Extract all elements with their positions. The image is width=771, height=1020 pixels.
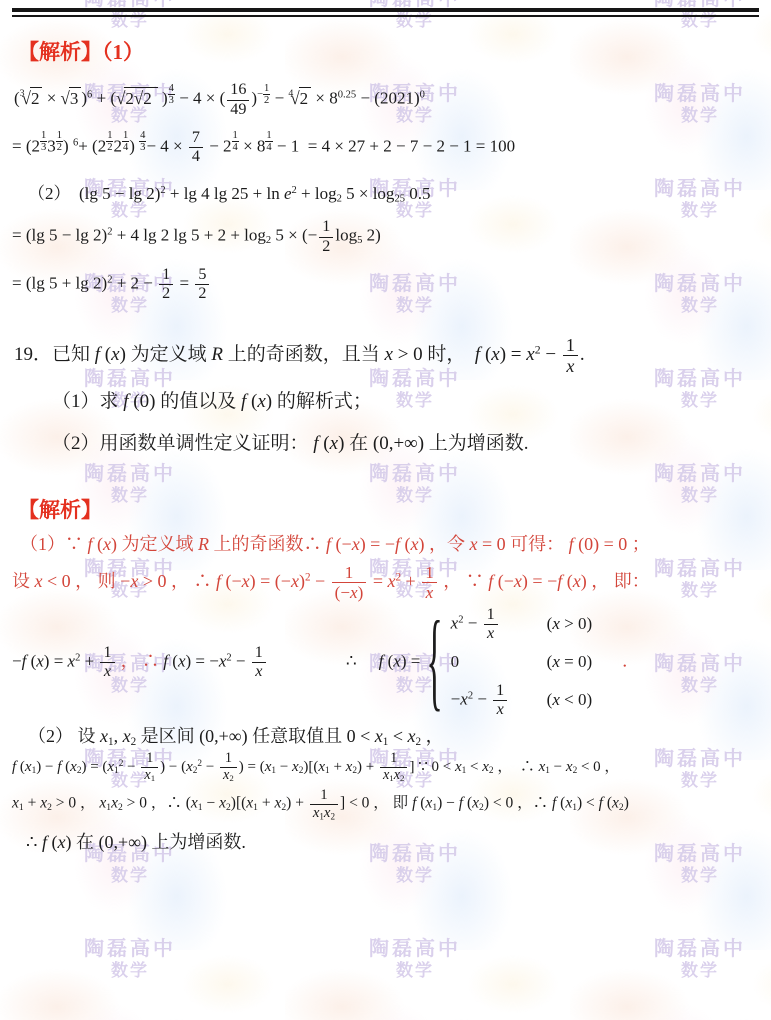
page-top-rule bbox=[12, 8, 759, 17]
formula-2-result: = (lg 5 + lg 2)2 + 2 − 12 = 52 bbox=[12, 266, 759, 303]
problem-19-part2: （2）用函数单调性定义证明： f (x) 在 (0,+∞) 上为增函数. bbox=[52, 430, 759, 458]
solution-19-piecewise: −f (x) = x2 + 1x ， ∴ f (x) = −x2 − 1x∴f … bbox=[12, 606, 759, 719]
solution-19-conclusion: ∴ f (x) 在 (0,+∞) 上为增函数. bbox=[26, 829, 759, 855]
problem-19-part1: （1）求 f (0) 的值以及 f (x) 的解析式； bbox=[52, 388, 759, 416]
solution-19-signs: x1 + x2 > 0 ， x1x2 > 0 ，∴ (x1 − x2)[(x1 … bbox=[12, 787, 759, 821]
formula-2-step: = (lg 5 − lg 2)2 + 4 lg 2 lg 5 + 2 + log… bbox=[12, 218, 759, 255]
formula-1-simplified: = (213312) 6+ (212214) 43− 4 × 74 − 214 … bbox=[12, 129, 759, 166]
solution-19-line2: 设 x < 0 ， 则 −x > 0 ， ∴ f (−x) = (−x)2 − … bbox=[12, 563, 759, 602]
formula-1-original: (3√2 × √3)6 + (√2√2 )43 − 4 × (1649)−12 … bbox=[14, 81, 759, 118]
solution-heading-1: 【解析】（1） bbox=[18, 37, 759, 67]
solution-19-part2-setup: （2） 设 x1, x2 是区间 (0,+∞) 任意取值且 0 < x1 < x… bbox=[28, 723, 759, 749]
solution-19-line1: （1）∵ f (x) 为定义域 R 上的奇函数∴ f (−x) = −f (x)… bbox=[20, 531, 759, 557]
formula-2-original: （2） (lg 5 − lg 2)2 + lg 4 lg 25 + ln e2 … bbox=[28, 182, 759, 207]
document-page: 【解析】（1）(3√2 × √3)6 + (√2√2 )43 − 4 × (16… bbox=[0, 0, 771, 1020]
problem-19-statement: 19．已知 f (x) 为定义域 R 上的奇函数，且当 x > 0 时， f (… bbox=[14, 335, 759, 376]
solution-heading-19: 【解析】 bbox=[18, 495, 759, 525]
content-blocks: 【解析】（1）(3√2 × √3)6 + (√2√2 )43 − 4 × (16… bbox=[12, 37, 759, 855]
solution-19-difference: f (x1) − f (x2) = (x12 − 1x1) − (x22 − 1… bbox=[12, 751, 759, 784]
